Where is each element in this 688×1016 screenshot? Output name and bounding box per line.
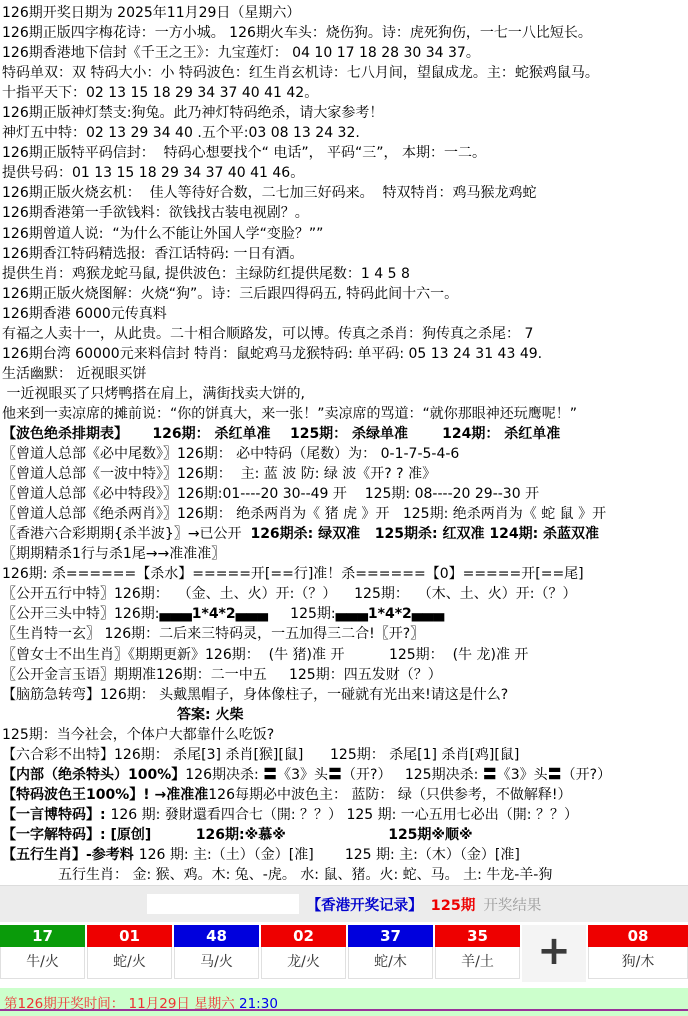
report-line: 126期曾道人说: “为什么不能让外国人学“变脸？””	[2, 224, 688, 244]
search-input[interactable]	[147, 894, 299, 914]
report-line: 五行生肖： 金: 猴、鸡。木: 兔、-虎。 水: 鼠、猪。火: 蛇、马。 土: …	[2, 865, 688, 885]
ball-number: 08	[588, 925, 688, 947]
report-line: 【内部（绝杀特头）100%】126期决杀: 〓《3》头〓（开?） 125期决杀:…	[2, 765, 688, 785]
report-line: 126期香港第一手欲钱料：欲钱找古装电视剧？。	[2, 203, 688, 223]
report-line: 一近视眼买了只烤鸭搭在肩上，满街找卖大饼的,	[2, 384, 688, 404]
report-line: 十指平天下：02 13 15 18 29 34 37 40 41 42。	[2, 83, 688, 103]
ball-number: 02	[261, 925, 346, 947]
ball-zodiac-element: 蛇/火	[87, 947, 172, 979]
result-ball: 35羊/土	[435, 925, 520, 982]
result-suffix-label: 开奖结果	[483, 894, 541, 915]
report-line: 〖公开三头中特〗126期:▄▄▄1*4*2▄▄▄ 125期:▄▄▄1*4*2▄▄…	[2, 604, 688, 624]
report-line: 126期台湾 60000元来料信封 特肖：鼠蛇鸡马龙猴特码: 单平码: 05 1…	[2, 344, 688, 364]
report-line: 【波色绝杀排期表】 126期： 杀红单准 125期： 杀绿单准 124期： 杀红…	[2, 424, 688, 444]
report-line: 126期香港 6000元传真料	[2, 304, 688, 324]
report-line: 〖曾道人总部《必中尾数》〗126期： 必中特码（尾数）为： 0-1-7-5-4-…	[2, 444, 688, 464]
report-line: 126期正版特平码信封： 特码心想要找个“ 电话”， 平码“三”， 本期：一二。	[2, 143, 688, 163]
ball-zodiac-element: 羊/土	[435, 947, 520, 979]
ball-zodiac-element: 马/火	[174, 947, 259, 979]
lottery-info-page: 126期开奖日期为 2025年11月29日（星期六）126期正版四字梅花诗：一方…	[0, 0, 688, 1016]
report-line: 【特码波色王100%】! →准准准126每期必中波色主： 蓝防： 绿（只供参考，…	[2, 785, 688, 805]
ball-zodiac-element: 牛/火	[0, 947, 85, 979]
results-row: 17牛/火01蛇/火48马/火02龙/火37蛇/木35羊/土+08狗/木	[0, 922, 688, 982]
report-line: 126期正版火烧图解：火烧“狗”。诗：三后跟四得码五, 特码此间十六一。	[2, 284, 688, 304]
issue-number: 125期	[431, 894, 476, 915]
report-line: 【五行生肖】-参考料 126 期: 主:（土）（金）[准] 125 期: 主:（…	[2, 845, 688, 865]
ball-zodiac-element: 狗/木	[588, 947, 688, 979]
report-line: 〖期期精杀1行与杀1尾→→准准准〗	[2, 544, 688, 564]
record-title: 【香港开奖记录】	[307, 894, 423, 915]
ball-number: 48	[174, 925, 259, 947]
result-ball: 08狗/木	[588, 925, 688, 982]
report-line: 126期开奖日期为 2025年11月29日（星期六）	[2, 3, 688, 23]
report-line: 【一字解特码】: [原创] 126期:※慕※ 125期※顺※	[2, 825, 688, 845]
report-line: 126期香港地下信封《千王之王》：九宝莲灯： 04 10 17 18 28 30…	[2, 43, 688, 63]
ball-number: 17	[0, 925, 85, 947]
report-line: 126期香江特码精选报: 香江话特码: 一日有酒。	[2, 244, 688, 264]
result-ball: 01蛇/火	[87, 925, 172, 982]
report-line: 126期正版四字梅花诗：一方小城。 126期火车头：烧伤狗。诗：虎死狗伤，一七一…	[2, 23, 688, 43]
ball-zodiac-element: 蛇/木	[348, 947, 433, 979]
report-line: 提供号码：01 13 15 18 29 34 37 40 41 46。	[2, 163, 688, 183]
report-line: 【一言博特码】: 126 期: 發財還看四合七（開: ？？） 125 期: 一心…	[2, 805, 688, 825]
report-line: 〖曾道人总部《一波中特》〗126期： 主: 蓝 波 防: 绿 波《开? ? 准》	[2, 464, 688, 484]
ball-number: 37	[348, 925, 433, 947]
result-ball: 48马/火	[174, 925, 259, 982]
ball-zodiac-element: 龙/火	[261, 947, 346, 979]
report-line: 〖曾道人总部《必中特段》〗126期:01----20 30--49 开 125期…	[2, 484, 688, 504]
report-line: 他来到一卖凉席的摊前说：“你的饼真大，来一张！”卖凉席的骂道：“就你那眼神还玩鹰…	[2, 404, 688, 424]
report-line: 126期正版火烧玄机： 佳人等待好合数，二七加三好码来。 特双特肖：鸡马猴龙鸡蛇	[2, 183, 688, 203]
report-line: 神灯五中特：02 13 29 34 40 .五个平:03 08 13 24 32…	[2, 123, 688, 143]
report-line: 〖生肖特一玄〗 126期：二后来三特码灵，一五加得三二合!〖开?〗	[2, 624, 688, 644]
report-line: 〖曾女士不出生肖〗《期期更新》126期： (牛 猪)准 开 125期： (牛 龙…	[2, 645, 688, 665]
plus-icon: +	[522, 925, 586, 982]
report-line: 【脑筋急转弯】126期： 头戴黑帽子，身体像柱子，一碰就有光出来!请这是什么?	[2, 685, 688, 705]
next-draw-footer: 第126期开奖时间： 11月29日 星期六 21:30	[0, 988, 688, 1016]
report-line: 125期：当今社会，个体户大都靠什么吃饭?	[2, 725, 688, 745]
report-line: 〖香港六合彩期期{杀半波}〗→已公开 126期杀: 绿双准 125期杀: 红双准…	[2, 524, 688, 544]
report-line: 【六合彩不出特】126期： 杀尾[3] 杀肖[猴][鼠] 125期： 杀尾[1]…	[2, 745, 688, 765]
text-report: 126期开奖日期为 2025年11月29日（星期六）126期正版四字梅花诗：一方…	[0, 0, 688, 885]
report-line: 有福之人卖十一，从此贵。二十相合顺路发，可以博。传真之杀肖：狗传真之杀尾： 7	[2, 324, 688, 344]
results-panel: 【香港开奖记录】 125期 开奖结果 17牛/火01蛇/火48马/火02龙/火3…	[0, 885, 688, 1016]
report-line: 126期: 杀======【杀水】=====开[==行]准！杀======【0】…	[2, 564, 688, 584]
result-ball: 17牛/火	[0, 925, 85, 982]
report-line: 生活幽默： 近视眼买饼	[2, 364, 688, 384]
result-ball: 37蛇/木	[348, 925, 433, 982]
report-line: 〖公开金言玉语〗期期准126期：二一中五 125期：四五发财（？）	[2, 665, 688, 685]
divider-line	[0, 1009, 688, 1011]
result-ball: 02龙/火	[261, 925, 346, 982]
ball-number: 35	[435, 925, 520, 947]
report-line: 答案: 火柴	[2, 705, 688, 725]
report-line: 特码单双：双 特码大小：小 特码波色：红生肖玄机诗：七八月间，望鼠成龙。主：蛇猴…	[2, 63, 688, 83]
report-line: 126期正版神灯禁支:狗兔。此乃神灯特码绝杀，请大家参考！	[2, 103, 688, 123]
report-line: 提供生肖：鸡猴龙蛇马鼠, 提供波色：主绿防红提供尾数：1 4 5 8	[2, 264, 688, 284]
report-line: 〖公开五行中特〗126期： （金、土、火）开:（？） 125期： （木、土、火）…	[2, 584, 688, 604]
results-header: 【香港开奖记录】 125期 开奖结果	[0, 885, 688, 922]
report-line: 〖曾道人总部《绝杀两肖》〗126期： 绝杀两肖为《 猪 虎 》开 125期: 绝…	[2, 504, 688, 524]
ball-number: 01	[87, 925, 172, 947]
